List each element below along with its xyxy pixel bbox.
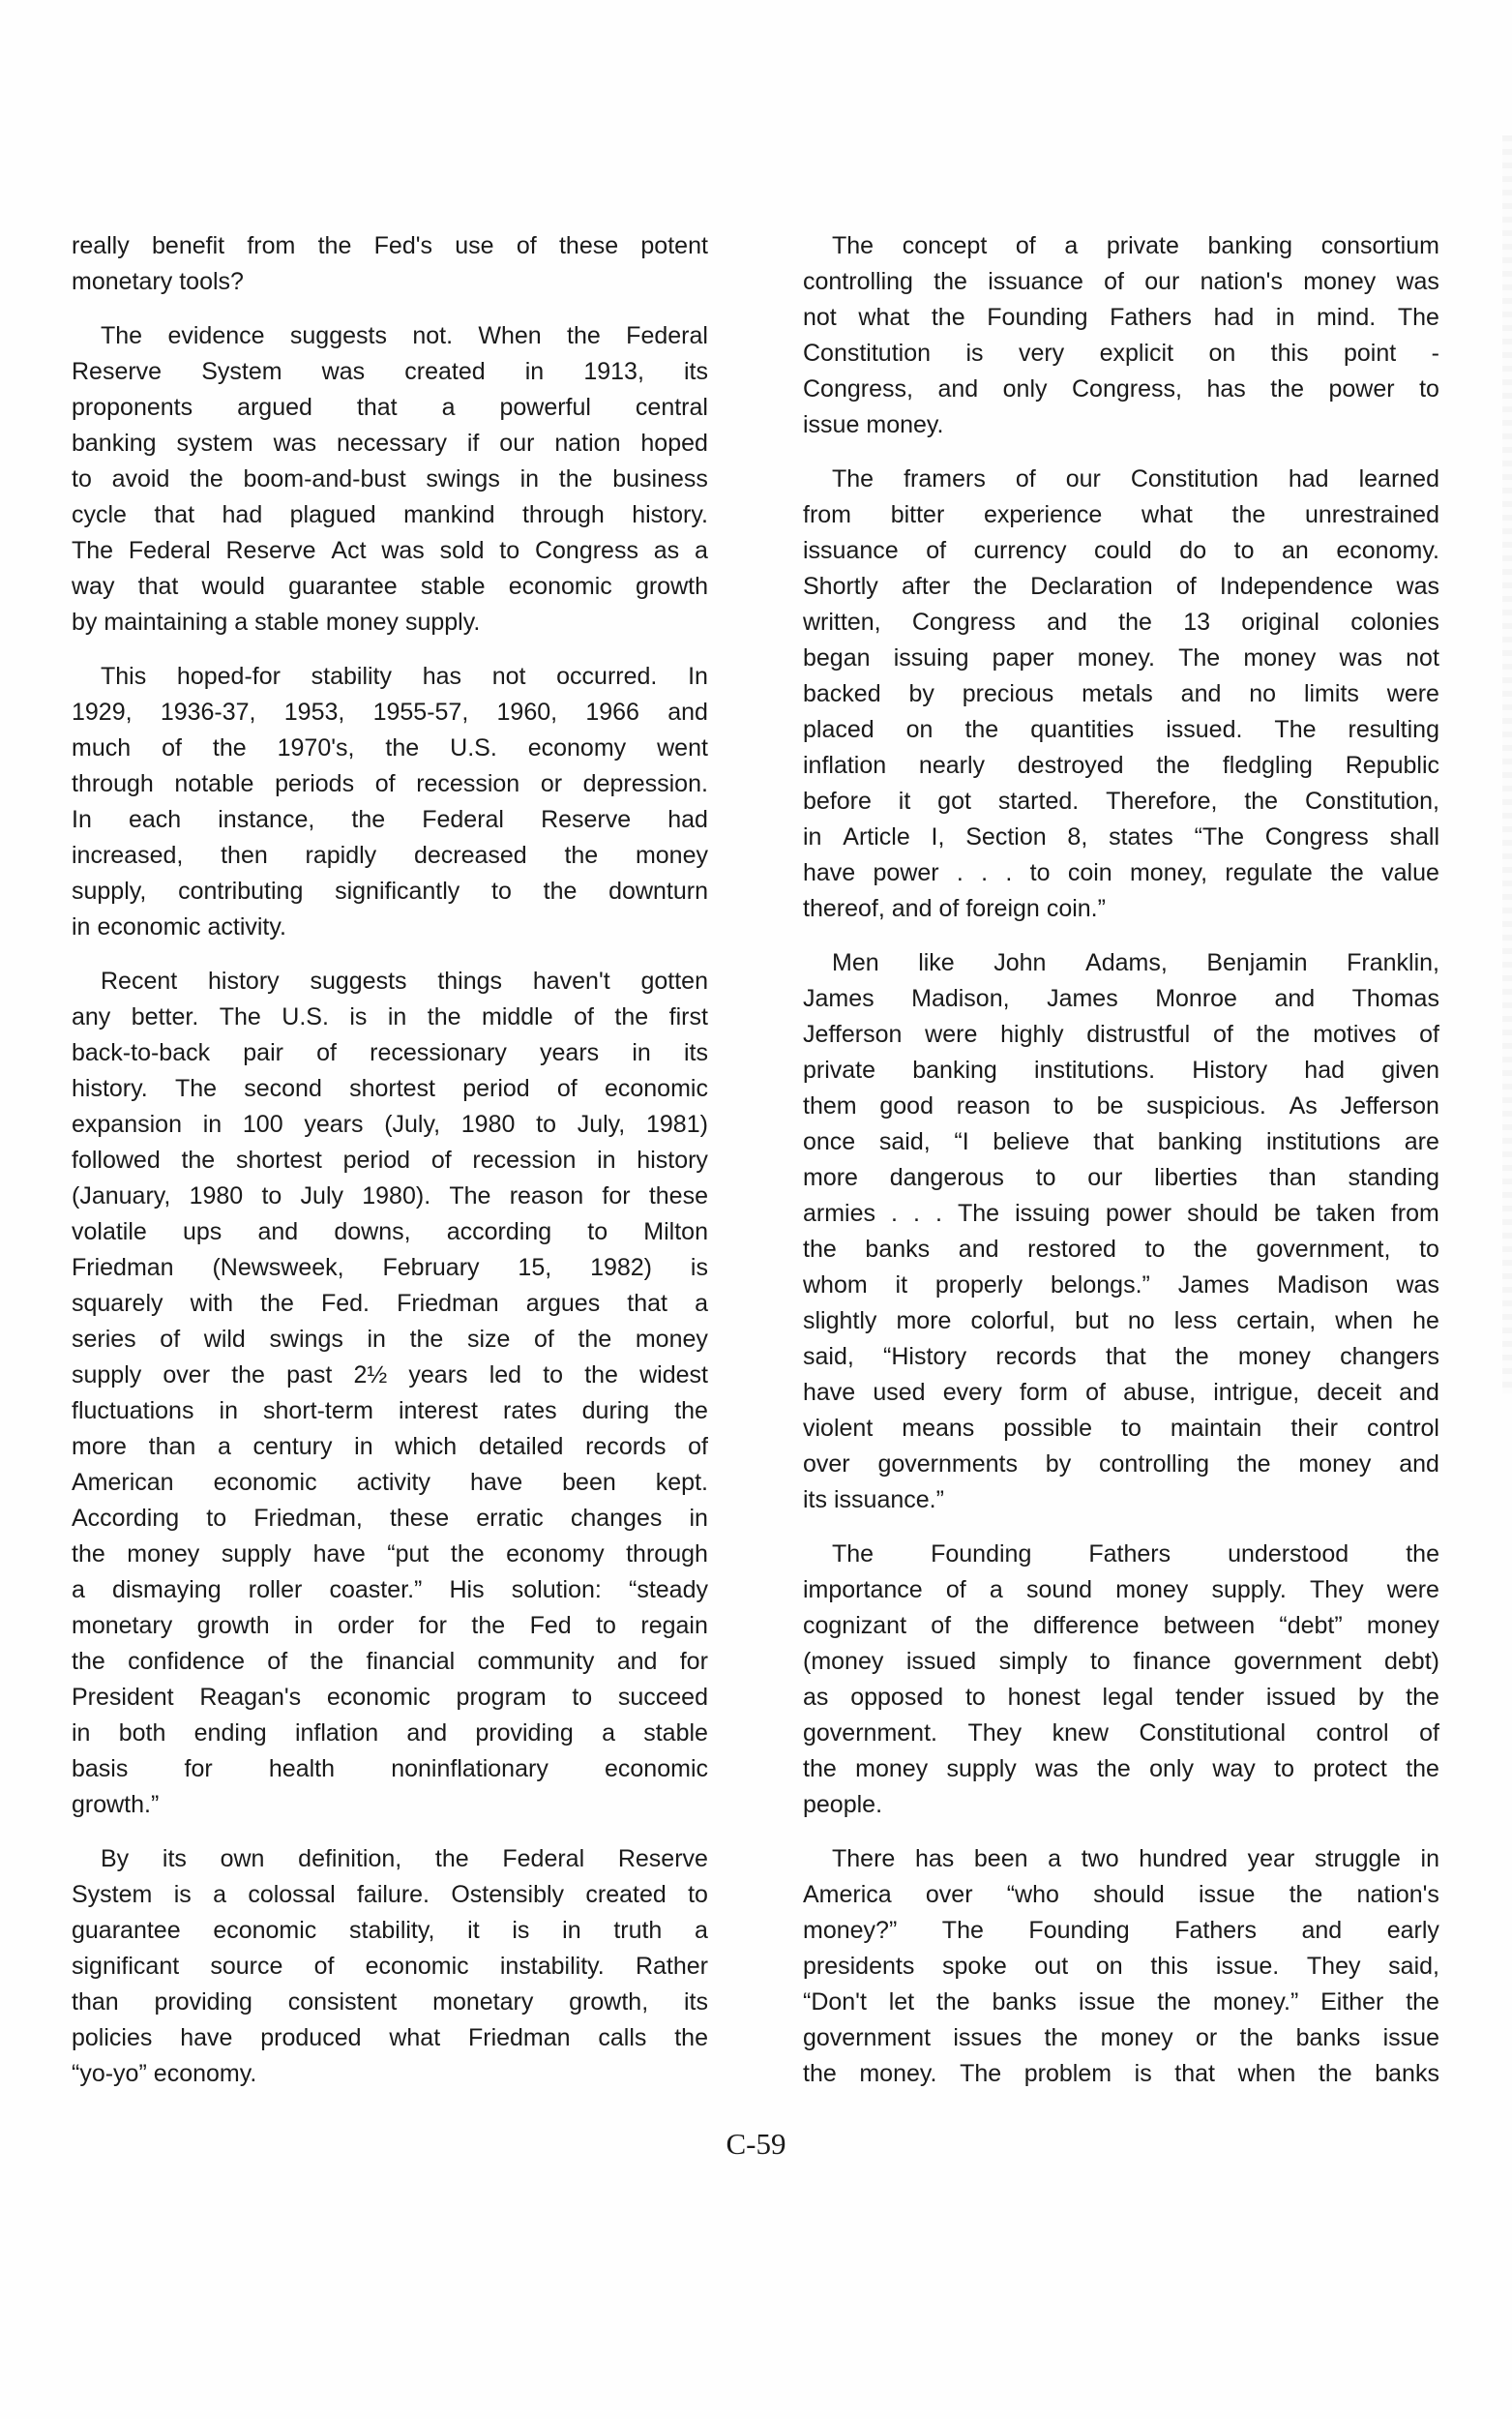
text-line: issuanceofcurrencycoulddotoaneconomy. bbox=[803, 533, 1439, 569]
text-line: importanceofasoundmoneysupply.Theywere bbox=[803, 1572, 1439, 1608]
text-line: inbothendinginflationandprovidingastable bbox=[72, 1716, 708, 1751]
text-line: Americaneconomicactivityhavebeenkept. bbox=[72, 1465, 708, 1501]
text-line: government.TheyknewConstitutionalcontrol… bbox=[803, 1716, 1439, 1751]
document-page: reallybenefitfromtheFed'suseofthesepoten… bbox=[0, 0, 1512, 2419]
paragraph: Thishoped-forstabilityhasnotoccurred.In1… bbox=[72, 659, 708, 945]
text-line: placedonthequantitiesissued.Theresulting bbox=[803, 712, 1439, 748]
paragraph: MenlikeJohnAdams,BenjaminFranklin,JamesM… bbox=[803, 945, 1439, 1518]
paragraph: TheframersofourConstitutionhadlearnedfro… bbox=[803, 462, 1439, 927]
text-line: ShortlyaftertheDeclarationofIndependence… bbox=[803, 569, 1439, 605]
text-line: reallybenefitfromtheFed'suseofthesepoten… bbox=[72, 228, 708, 264]
bleed-through-strip bbox=[1502, 135, 1512, 1393]
text-line: fluctuationsinshort-terminterestratesdur… bbox=[72, 1393, 708, 1429]
text-line: cyclethathadplaguedmankindthroughhistory… bbox=[72, 497, 708, 533]
text-line: havepower...tocoinmoney,regulatethevalue bbox=[803, 855, 1439, 891]
text-line: frombitterexperiencewhattheunrestrained bbox=[803, 497, 1439, 533]
text-line: muchofthe1970's,theU.S.economywent bbox=[72, 731, 708, 766]
paragraph: Theevidencesuggestsnot.WhentheFederalRes… bbox=[72, 318, 708, 641]
text-line: volatileupsanddowns,accordingtoMilton bbox=[72, 1214, 708, 1250]
text-line: ReserveSystemwascreatedin1913,its bbox=[72, 354, 708, 390]
text-line: governmentissuesthemoneyorthebanksissue bbox=[803, 2020, 1439, 2056]
text-line: haveusedeveryformofabuse,intrigue,deceit… bbox=[803, 1375, 1439, 1411]
text-line: overgovernmentsbycontrollingthemoneyand bbox=[803, 1447, 1439, 1482]
text-line: guaranteeeconomicstability,itisintrutha bbox=[72, 1913, 708, 1949]
text-line: Byitsowndefinition,theFederalReserve bbox=[72, 1841, 708, 1877]
text-line: themgoodreasontobesuspicious.AsJefferson bbox=[803, 1089, 1439, 1124]
text-line: themoney.Theproblemisthatwhenthebanks bbox=[803, 2056, 1439, 2092]
text-line: anybetter.TheU.S.isinthemiddleofthefirst bbox=[72, 1000, 708, 1035]
text-line: basisforhealthnoninflationaryeconomic bbox=[72, 1751, 708, 1787]
text-line: increased,thenrapidlydecreasedthemoney bbox=[72, 838, 708, 874]
text-line: thanprovidingconsistentmonetarygrowth,it… bbox=[72, 1985, 708, 2020]
text-line: privatebankinginstitutions.Historyhadgiv… bbox=[803, 1053, 1439, 1089]
text-line: bankingsystemwasnecessaryifournationhope… bbox=[72, 426, 708, 462]
text-line: presidentsspokeoutonthisissue.Theysaid, bbox=[803, 1949, 1439, 1985]
text-line: waythatwouldguaranteestableeconomicgrowt… bbox=[72, 569, 708, 605]
text-line: inflationnearlydestroyedthefledglingRepu… bbox=[803, 748, 1439, 784]
text-line: monetarygrowthinorderfortheFedtoregain bbox=[72, 1608, 708, 1644]
text-line: moredangeroustoourlibertiesthanstanding bbox=[803, 1160, 1439, 1196]
text-line: Systemisacolossalfailure.Ostensiblycreat… bbox=[72, 1877, 708, 1913]
text-line: beforeitgotstarted.Therefore,theConstitu… bbox=[803, 784, 1439, 820]
text-line: Congress,andonlyCongress,hasthepowerto bbox=[803, 372, 1439, 407]
text-line: whomitproperlybelongs.”JamesMadisonwas bbox=[803, 1268, 1439, 1303]
text-line: itsissuance.” bbox=[803, 1482, 1439, 1518]
text-line: toavoidtheboom-and-bustswingsinthebusine… bbox=[72, 462, 708, 497]
left-column: reallybenefitfromtheFed'suseofthesepoten… bbox=[72, 228, 708, 2110]
text-line: “Don'tletthebanksissuethemoney.”Eitherth… bbox=[803, 1985, 1439, 2020]
text-line: growth.” bbox=[72, 1787, 708, 1823]
text-line: JamesMadison,JamesMonroeandThomas bbox=[803, 981, 1439, 1017]
page-number: C-59 bbox=[0, 2127, 1512, 2162]
text-line: Therehasbeenatwohundredyearstrugglein bbox=[803, 1841, 1439, 1877]
text-line: significantsourceofeconomicinstability.R… bbox=[72, 1949, 708, 1985]
paragraph: TherehasbeenatwohundredyearstruggleinAme… bbox=[803, 1841, 1439, 2092]
text-line: supplyoverthepast2½yearsledtothewidest bbox=[72, 1358, 708, 1393]
text-line: (January,1980toJuly1980).Thereasonforthe… bbox=[72, 1179, 708, 1214]
paragraph: Recenthistorysuggeststhingshaven'tgotten… bbox=[72, 964, 708, 1823]
text-line: Constitutionisveryexplicitonthispoint- bbox=[803, 336, 1439, 372]
text-line: beganissuingpapermoney.Themoneywasnot bbox=[803, 641, 1439, 676]
text-line: squarelywiththeFed.Friedmanarguesthata bbox=[72, 1286, 708, 1322]
text-line: followedtheshortestperiodofrecessioninhi… bbox=[72, 1143, 708, 1179]
text-line: Thishoped-forstabilityhasnotoccurred.In bbox=[72, 659, 708, 695]
text-line: “yo-yo”economy. bbox=[72, 2056, 708, 2092]
paragraph: Theconceptofaprivatebankingconsortiumcon… bbox=[803, 228, 1439, 443]
text-line: money?”TheFoundingFathersandearly bbox=[803, 1913, 1439, 1949]
text-line: MenlikeJohnAdams,BenjaminFranklin, bbox=[803, 945, 1439, 981]
text-line: violentmeanspossibletomaintaintheircontr… bbox=[803, 1411, 1439, 1447]
text-line: controllingtheissuanceofournation'smoney… bbox=[803, 264, 1439, 300]
text-line: Americaover“whoshouldissuethenation's bbox=[803, 1877, 1439, 1913]
text-line: TheFederalReserveActwassoldtoCongressasa bbox=[72, 533, 708, 569]
paragraph: TheFoundingFathersunderstoodtheimportanc… bbox=[803, 1537, 1439, 1823]
text-line: Friedman(Newsweek,February15,1982)is bbox=[72, 1250, 708, 1286]
text-line: policieshaveproducedwhatFriedmancallsthe bbox=[72, 2020, 708, 2056]
text-line: said,“Historyrecordsthatthemoneychangers bbox=[803, 1339, 1439, 1375]
text-line: themoneysupplywastheonlywaytoprotectthe bbox=[803, 1751, 1439, 1787]
text-line: history.Thesecondshortestperiodofeconomi… bbox=[72, 1071, 708, 1107]
right-column: Theconceptofaprivatebankingconsortiumcon… bbox=[803, 228, 1439, 2110]
text-line: Theconceptofaprivatebankingconsortium bbox=[803, 228, 1439, 264]
text-line: seriesofwildswingsinthesizeofthemoney bbox=[72, 1322, 708, 1358]
text-line: morethanacenturyinwhichdetailedrecordsof bbox=[72, 1429, 708, 1465]
text-line: adismayingrollercoaster.”Hissolution:“st… bbox=[72, 1572, 708, 1608]
text-line: issuemoney. bbox=[803, 407, 1439, 443]
text-line: TheFoundingFathersunderstoodthe bbox=[803, 1537, 1439, 1572]
text-line: themoneysupplyhave“puttheeconomythrough bbox=[72, 1537, 708, 1572]
text-line: slightlymorecolorful,butnolesscertain,wh… bbox=[803, 1303, 1439, 1339]
text-line: asopposedtohonestlegaltenderissuedbythe bbox=[803, 1680, 1439, 1716]
text-line: expansionin100years(July,1980toJuly,1981… bbox=[72, 1107, 708, 1143]
text-line: PresidentReagan'seconomicprogramtosuccee… bbox=[72, 1680, 708, 1716]
text-line: throughnotableperiodsofrecessionordepres… bbox=[72, 766, 708, 802]
paragraph: reallybenefitfromtheFed'suseofthesepoten… bbox=[72, 228, 708, 300]
text-line: armies...Theissuingpowershouldbetakenfro… bbox=[803, 1196, 1439, 1232]
text-line: supply,contributingsignificantlytothedow… bbox=[72, 874, 708, 910]
text-line: back-to-backpairofrecessionaryyearsinits bbox=[72, 1035, 708, 1071]
text-line: 1929,1936-37,1953,1955-57,1960,1966and bbox=[72, 695, 708, 731]
text-line: proponentsarguedthatapowerfulcentral bbox=[72, 390, 708, 426]
text-line: AccordingtoFriedman,theseerraticchangesi… bbox=[72, 1501, 708, 1537]
text-line: TheframersofourConstitutionhadlearned bbox=[803, 462, 1439, 497]
text-line: notwhattheFoundingFathershadinmind.The bbox=[803, 300, 1439, 336]
text-line: written,Congressandthe13originalcolonies bbox=[803, 605, 1439, 641]
text-line: cognizantofthedifferencebetween“debt”mon… bbox=[803, 1608, 1439, 1644]
paragraph: Byitsowndefinition,theFederalReserveSyst… bbox=[72, 1841, 708, 2092]
text-line: Recenthistorysuggeststhingshaven'tgotten bbox=[72, 964, 708, 1000]
text-line: theconfidenceofthefinancialcommunityandf… bbox=[72, 1644, 708, 1680]
text-line: people. bbox=[803, 1787, 1439, 1823]
text-line: inArticleI,Section8,states“TheCongresssh… bbox=[803, 820, 1439, 855]
text-line: thereof,andofforeigncoin.” bbox=[803, 891, 1439, 927]
text-line: ineconomicactivity. bbox=[72, 910, 708, 945]
text-line: oncesaid,“Ibelievethatbankinginstitution… bbox=[803, 1124, 1439, 1160]
text-line: backedbypreciousmetalsandnolimitswere bbox=[803, 676, 1439, 712]
text-line: Theevidencesuggestsnot.WhentheFederal bbox=[72, 318, 708, 354]
text-line: Ineachinstance,theFederalReservehad bbox=[72, 802, 708, 838]
text-line: thebanksandrestoredtothegovernment,to bbox=[803, 1232, 1439, 1268]
text-line: monetarytools? bbox=[72, 264, 708, 300]
text-line: Jeffersonwerehighlydistrustfulofthemotiv… bbox=[803, 1017, 1439, 1053]
text-line: bymaintainingastablemoneysupply. bbox=[72, 605, 708, 641]
text-line: (moneyissuedsimplytofinancegovernmentdeb… bbox=[803, 1644, 1439, 1680]
